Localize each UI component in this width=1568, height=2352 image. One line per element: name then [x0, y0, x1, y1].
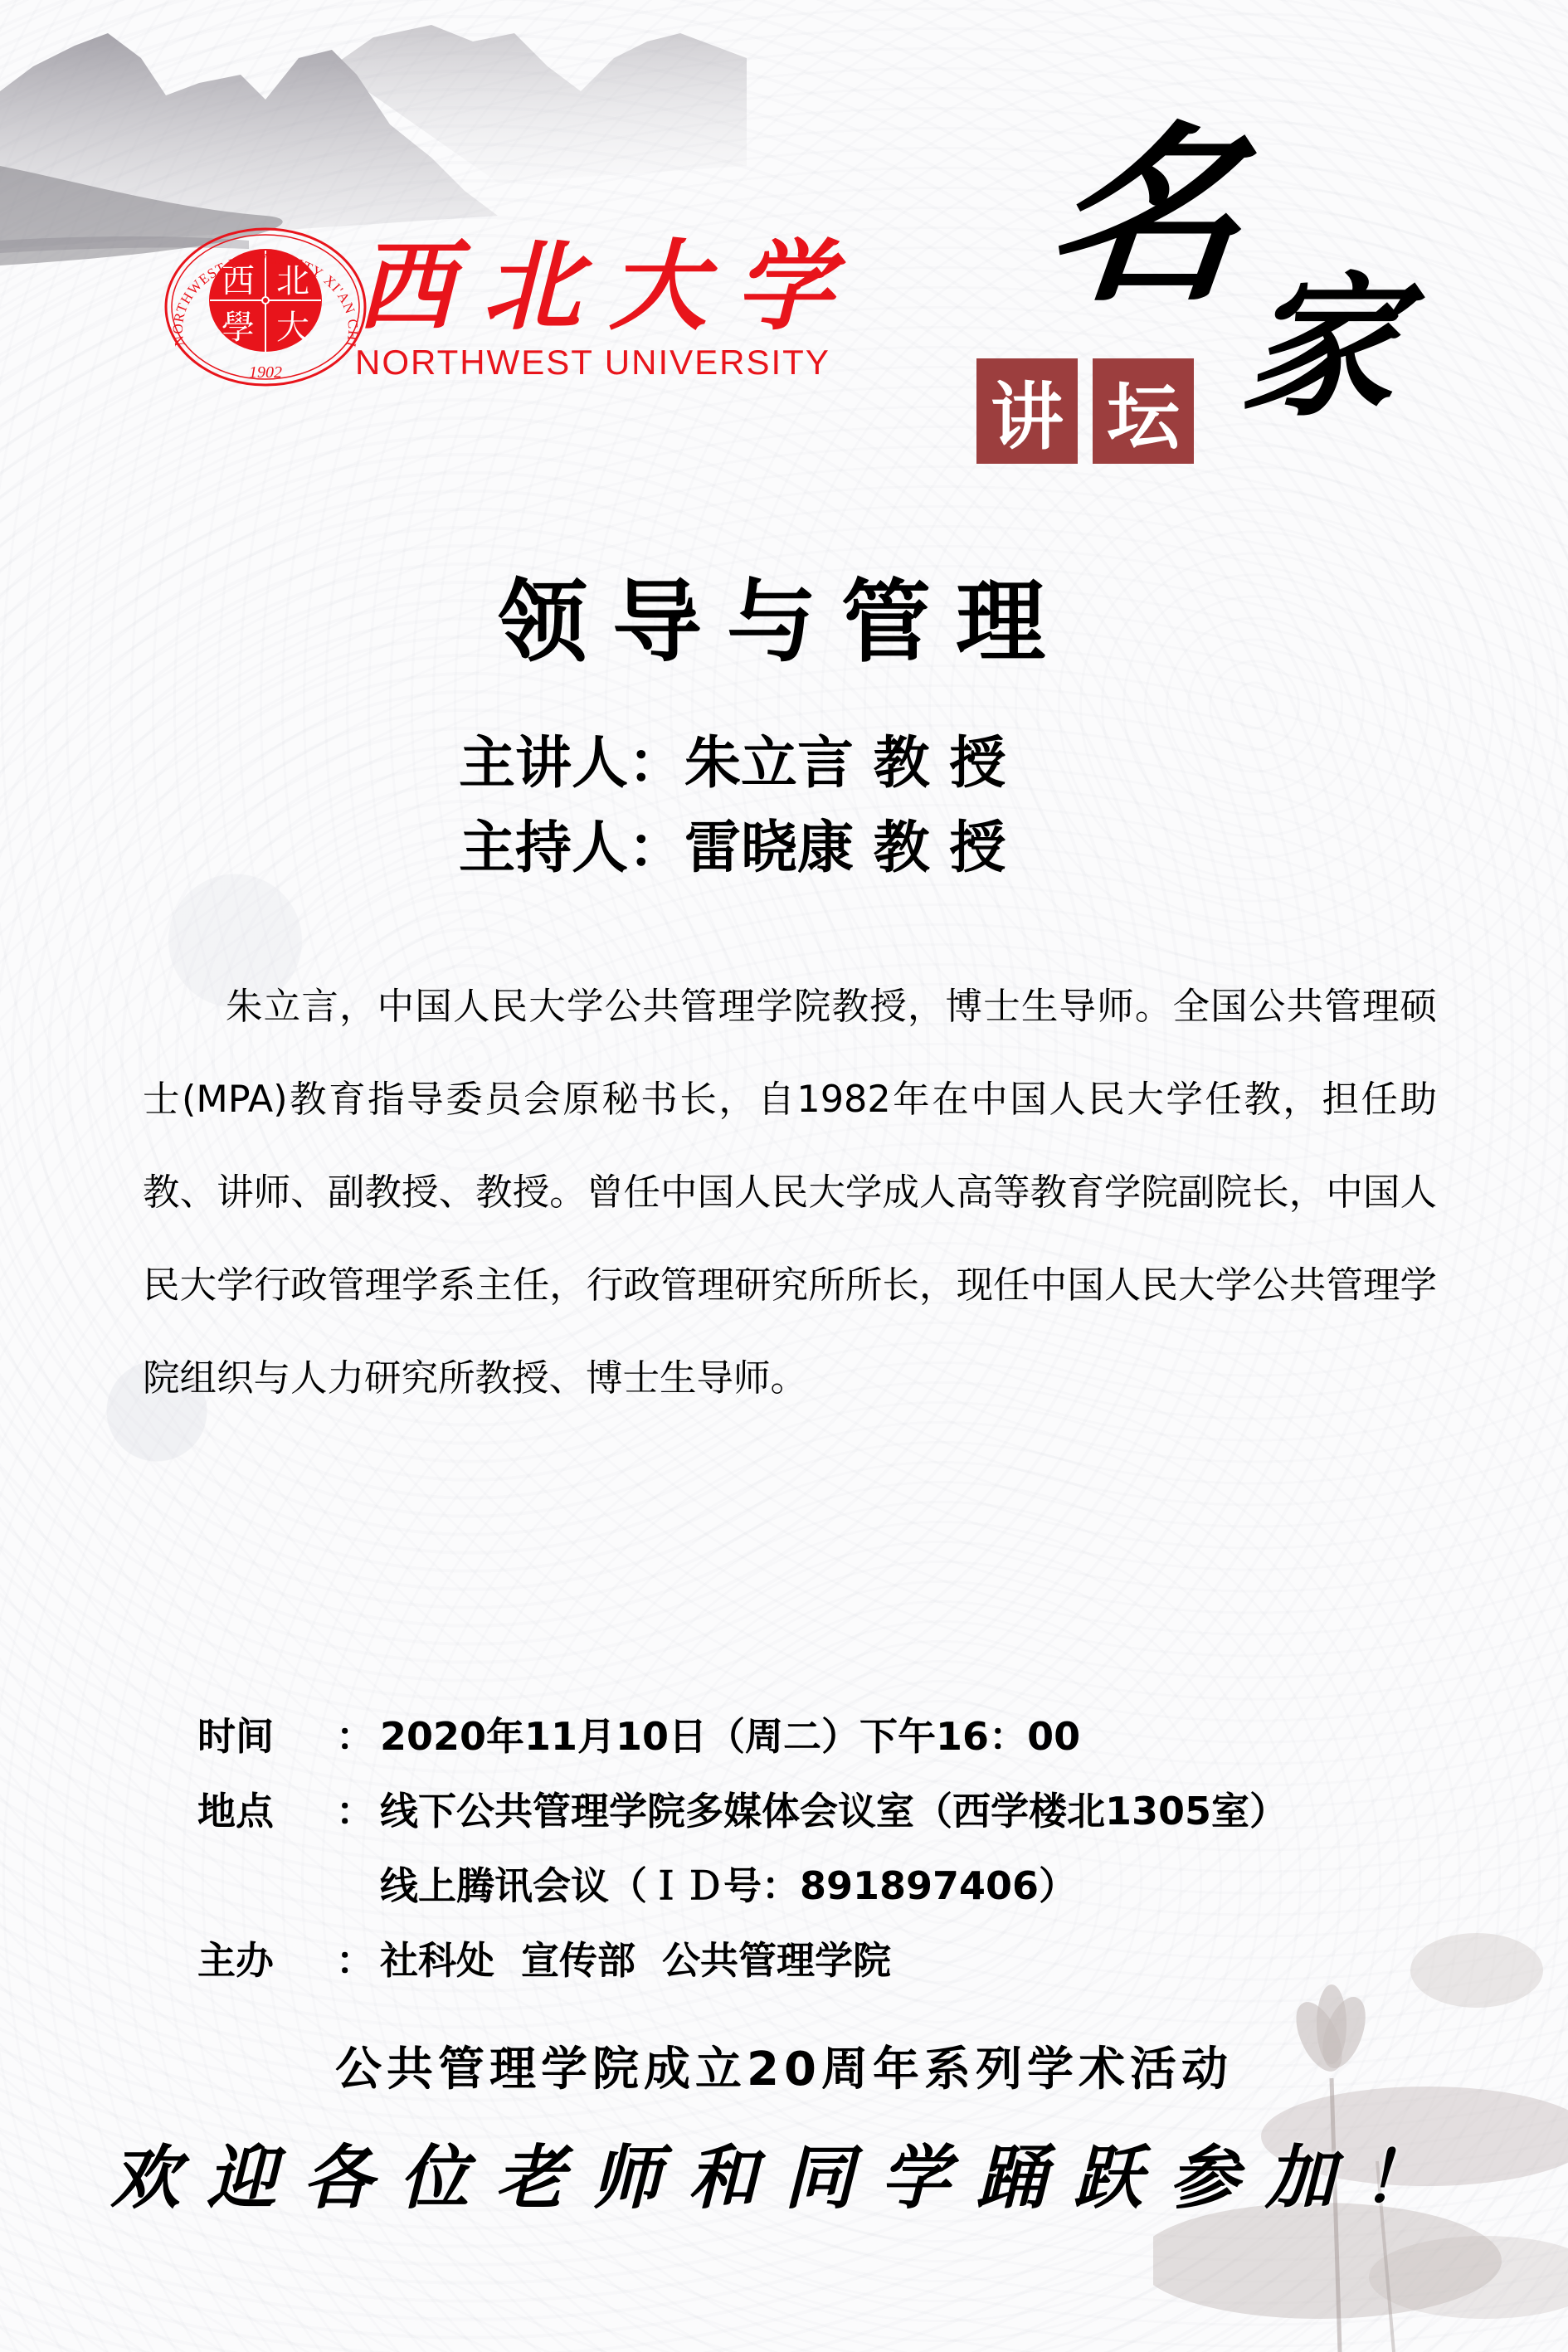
- organizer-label: 主办: [197, 1923, 330, 1998]
- series-logo-char-jia: 家: [1235, 264, 1406, 430]
- speaker-line: 主讲人：朱立言 教 授: [459, 730, 1006, 796]
- university-name-cn: 西北大学: [357, 232, 888, 340]
- time-value: 2020年11月10日（周二）下午16：00: [380, 1699, 1080, 1774]
- organizer-value: 社科处 宣传部 公共管理学院: [380, 1923, 891, 1998]
- host-line: 主持人：雷晓康 教 授: [459, 815, 1006, 881]
- organizer-row: 主办：社科处 宣传部 公共管理学院: [197, 1923, 1288, 1998]
- location-offline-value: 线下公共管理学院多媒体会议室（西学楼北1305室）: [380, 1774, 1288, 1848]
- location-online-row: 线上腾讯会议（ＩＤ号：891897406）: [197, 1848, 1288, 1923]
- speaker-bio: 朱立言，中国人民大学公共管理学院教授，博士生导师。全国公共管理硕士(MPA)教育…: [143, 961, 1437, 1425]
- location-label: 地点: [197, 1774, 330, 1848]
- seal-year: 1902: [249, 363, 282, 382]
- location-online-value: 线上腾讯会议（ＩＤ号：891897406）: [380, 1848, 1077, 1923]
- event-details: 时间：2020年11月10日（周二）下午16：00 地点：线下公共管理学院多媒体…: [197, 1699, 1288, 1998]
- university-name-en: NORTHWEST UNIVERSITY: [355, 342, 830, 383]
- series-logo-box-jiang: 讲: [976, 358, 1078, 464]
- lecture-title: 领导与管理: [0, 568, 1568, 676]
- series-logo-box-tan: 坛: [1093, 358, 1194, 464]
- university-seal-logo: 西 北 學 大 NORTHWEST UNIVERSITY XI'AN CHINA…: [162, 226, 369, 388]
- svg-text:學: 學: [222, 309, 255, 347]
- location-row: 地点：线下公共管理学院多媒体会议室（西学楼北1305室）: [197, 1774, 1288, 1848]
- series-activity-text: 公共管理学院成立20周年系列学术活动: [0, 2041, 1568, 2099]
- time-row: 时间：2020年11月10日（周二）下午16：00: [197, 1699, 1288, 1774]
- series-logo-char-ming: 名: [1038, 108, 1251, 324]
- svg-text:大: 大: [276, 309, 309, 347]
- time-label: 时间: [197, 1699, 330, 1774]
- welcome-text: 欢迎各位老师和同学踊跃参加！: [0, 2132, 1568, 2223]
